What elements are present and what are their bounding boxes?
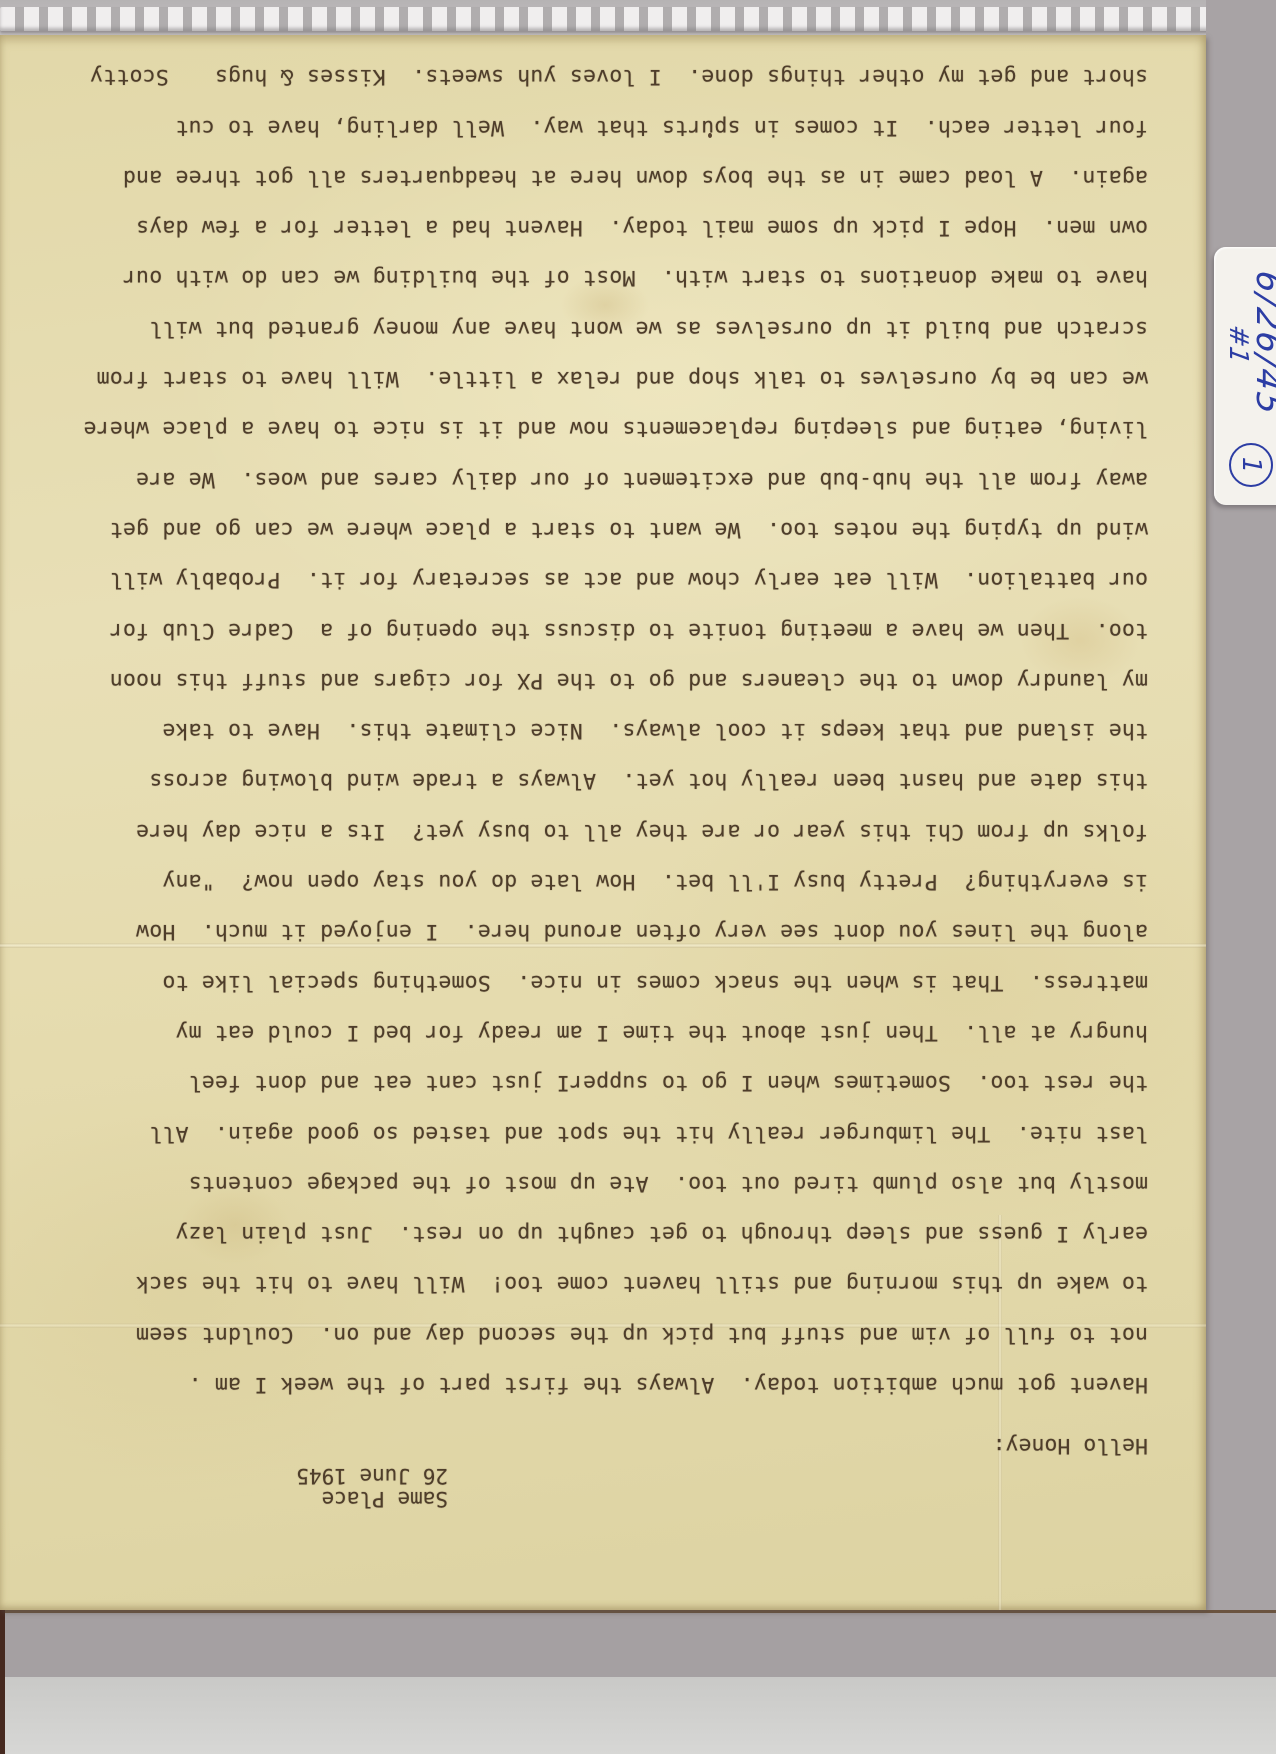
- closing-line: short and get my other things done. I lo…: [38, 39, 1148, 89]
- dateline-date: 26 June 1945: [296, 1464, 448, 1488]
- handwritten-number: #1: [1223, 322, 1253, 366]
- binder-edge-sliver: [0, 1608, 5, 1754]
- letter-body: Havent got much ambition today. Always t…: [38, 39, 1148, 1397]
- greeting: Hello Honey:: [993, 1433, 1148, 1458]
- letter-line: Havent got much ambition today. Always t…: [38, 1347, 1148, 1397]
- archival-label: 6/26/45 #1 1: [1214, 247, 1276, 505]
- dateline: Same Place26 June 1945: [296, 1464, 448, 1510]
- letter-line: not to full of vim and stuff but pick up…: [38, 1296, 1148, 1346]
- letter-line: too. Then we have a meeting tonite to di…: [38, 592, 1148, 642]
- closing-text: short and get my other things done. I lo…: [215, 64, 1148, 89]
- letter-line: last nite. The limburger really hit the …: [38, 1095, 1148, 1145]
- letter-content: Same Place26 June 1945 Hello Honey: Have…: [0, 35, 1206, 1610]
- letter-line: mattress. That is when the snack comes i…: [38, 944, 1148, 994]
- letter-line: scratch and build it up ourselves as we …: [38, 290, 1148, 340]
- letter-line: wind up typing the notes too. We want to…: [38, 492, 1148, 542]
- label-handwriting: 6/26/45 #1 1: [1214, 247, 1276, 505]
- letter-line: the rest too. Sometimes when I go to sup…: [38, 1045, 1148, 1095]
- sheet-protector-perforation-strip: [0, 7, 1276, 31]
- letter-line: this date and hasnt been really hot yet.…: [38, 743, 1148, 793]
- letter-line: is everything? Pretty busy I'll bet. How…: [38, 844, 1148, 894]
- scanner-lid-edge: [0, 1677, 1276, 1754]
- letter-line: away from all the hub-bub and excitement…: [38, 441, 1148, 491]
- letter-line: living, eating and sleeping replacements…: [38, 391, 1148, 441]
- letter-line: have to make donations to start with. Mo…: [38, 240, 1148, 290]
- letter-line: again. A load came in as the boys down h…: [38, 140, 1148, 190]
- letter-line: to wake up this morning and still havent…: [38, 1246, 1148, 1296]
- letter-line: the island and that keeps it cool always…: [38, 693, 1148, 743]
- letter-line: hungry at all. Then just about the time …: [38, 995, 1148, 1045]
- letter-line: folks up from Chi this year or are they …: [38, 793, 1148, 843]
- letter-line: early I guess and sleep through to get c…: [38, 1196, 1148, 1246]
- signature: Scotty: [90, 64, 169, 89]
- scanner-bed-bottom: [0, 1610, 1276, 1680]
- dateline-place: Same Place: [322, 1487, 448, 1511]
- scanned-letter-page: Same Place26 June 1945 Hello Honey: Have…: [0, 0, 1276, 1754]
- letter-line: my laundry down to the cleaners and go t…: [38, 643, 1148, 693]
- letter-line: our battalion. Will eat early chow and a…: [38, 542, 1148, 592]
- circled-number-text: 1: [1236, 457, 1266, 474]
- letter-paper: Same Place26 June 1945 Hello Honey: Have…: [0, 35, 1206, 1610]
- letter-line: we can be by ourselves to talk shop and …: [38, 341, 1148, 391]
- letter-line: four letter each. It comes in spurts tha…: [38, 89, 1148, 139]
- letter-line: mostly but also plumb tired out too. Ate…: [38, 1146, 1148, 1196]
- letter-line: own men. Hope I pick up some mail today.…: [38, 190, 1148, 240]
- letter-line: along the lines you dont see very often …: [38, 894, 1148, 944]
- circled-page-number: 1: [1229, 443, 1273, 487]
